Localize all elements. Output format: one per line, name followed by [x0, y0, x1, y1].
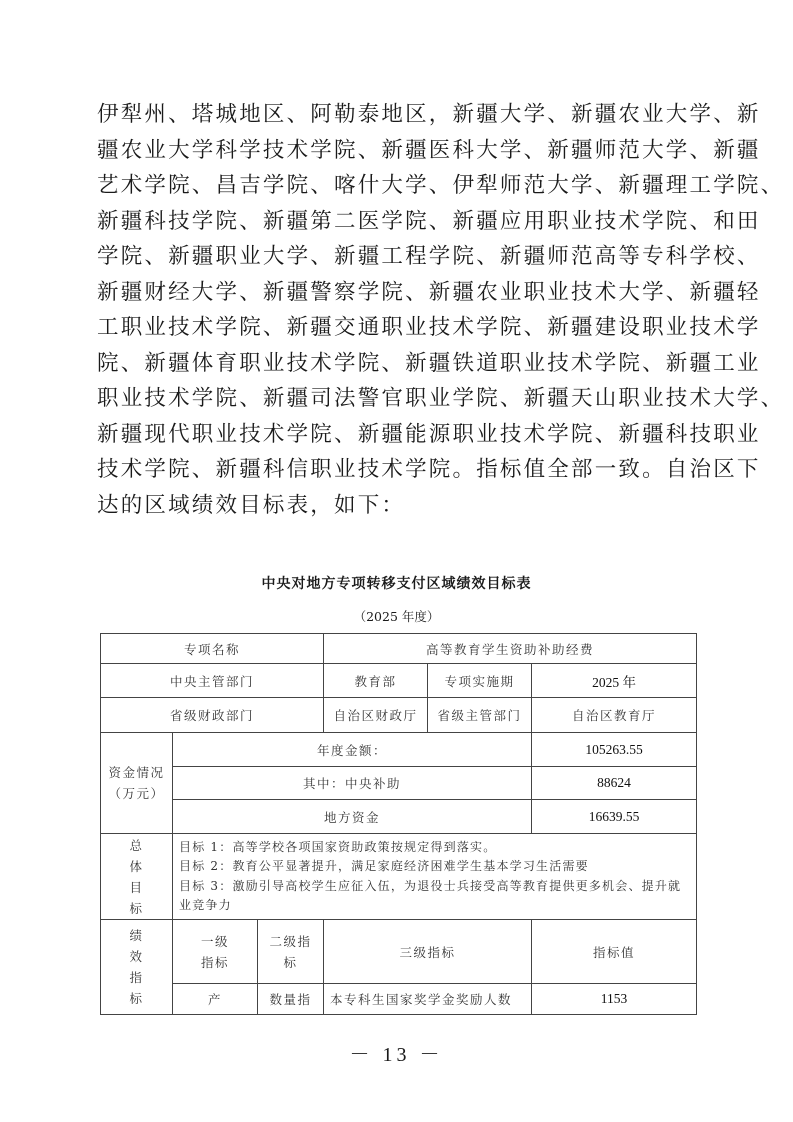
prov-dept-value: 自治区教育厅 [532, 698, 697, 733]
paragraph-line: 疆农业大学科学技术学院、新疆医科大学、新疆师范大学、新疆 [97, 133, 700, 169]
goal-item: 目标 1：高等学校各项国家资助政策按规定得到落实。 [179, 838, 690, 858]
header-text: 一级 [173, 931, 257, 952]
paragraph-line: 院、新疆体育职业技术学院、新疆铁道职业技术学院、新疆工业 [97, 346, 700, 382]
indicators-label: 绩 效 指 标 [101, 920, 173, 1015]
paragraph-line: 职业技术学院、新疆司法警官职业学院、新疆天山职业技术大学、 [97, 381, 700, 417]
header-text: 标 [258, 952, 323, 973]
period-label: 专项实施期 [428, 664, 532, 698]
paragraph-line: 伊犁州、塔城地区、阿勒泰地区，新疆大学、新疆农业大学、新 [97, 97, 700, 133]
indicators-label-char: 指 [101, 967, 172, 988]
funding-row-value: 16639.55 [532, 800, 697, 834]
paragraph-line: 工职业技术学院、新疆交通职业技术学院、新疆建设职业技术学 [97, 310, 700, 346]
goals-label: 总 体 目 标 [101, 834, 173, 920]
project-name-label: 专项名称 [101, 634, 324, 664]
paragraph-line: 艺术学院、昌吉学院、喀什大学、伊犁师范大学、新疆理工学院、 [97, 168, 700, 204]
period-value: 2025 年 [532, 664, 697, 698]
table-row: 绩 效 指 标 一级 指标 二级指 标 三级指标 指标值 [101, 920, 697, 984]
header-level1: 一级 指标 [173, 920, 258, 984]
funding-row-value: 88624 [532, 767, 697, 800]
table-row: 总 体 目 标 目标 1：高等学校各项国家资助政策按规定得到落实。 目标 2：教… [101, 834, 697, 920]
funding-row-label: 年度金额： [173, 733, 532, 767]
table-row: 省级财政部门 自治区财政厅 省级主管部门 自治区教育厅 [101, 698, 697, 733]
indicator-level3: 本专科生国家奖学金奖励人数 [324, 984, 532, 1015]
funding-row-value: 105263.55 [532, 733, 697, 767]
indicators-label-char: 效 [101, 946, 172, 967]
indicators-label-char: 标 [101, 988, 172, 1009]
prov-dept-label: 省级主管部门 [428, 698, 532, 733]
funding-label: 资金情况 （万元） [101, 733, 173, 834]
funding-row-label: 地方资金 [173, 800, 532, 834]
indicators-label-char: 绩 [101, 925, 172, 946]
indicator-level2: 数量指 [258, 984, 324, 1015]
funding-row-label: 其中：中央补助 [173, 767, 532, 800]
header-level3: 三级指标 [324, 920, 532, 984]
table-row: 中央主管部门 教育部 专项实施期 2025 年 [101, 664, 697, 698]
funding-label-line: 资金情况 [101, 762, 172, 783]
paragraph-line: 达的区域绩效目标表，如下： [97, 488, 700, 524]
project-name-value: 高等教育学生资助补助经费 [324, 634, 697, 664]
table-row: 专项名称 高等教育学生资助补助经费 [101, 634, 697, 664]
header-value: 指标值 [532, 920, 697, 984]
indicator-level1: 产 [173, 984, 258, 1015]
indicator-value: 1153 [532, 984, 697, 1015]
central-dept-label: 中央主管部门 [101, 664, 324, 698]
table-row: 资金情况 （万元） 年度金额： 105263.55 [101, 733, 697, 767]
goals-label-char: 总 [101, 835, 172, 856]
table-row: 其中：中央补助 88624 [101, 767, 697, 800]
goals-content: 目标 1：高等学校各项国家资助政策按规定得到落实。 目标 2：教育公平显著提升，… [173, 834, 697, 920]
body-paragraph: 伊犁州、塔城地区、阿勒泰地区，新疆大学、新疆农业大学、新 疆农业大学科学技术学院… [97, 97, 700, 523]
goal-item: 目标 3：激励引导高校学生应征入伍，为退役士兵接受高等教育提供更多机会、提升就业… [179, 877, 690, 916]
prov-finance-label: 省级财政部门 [101, 698, 324, 733]
goals-label-char: 体 [101, 856, 172, 877]
table-row: 地方资金 16639.55 [101, 800, 697, 834]
paragraph-line: 新疆财经大学、新疆警察学院、新疆农业职业技术大学、新疆轻 [97, 275, 700, 311]
goal-item: 目标 2：教育公平显著提升，满足家庭经济困难学生基本学习生活需要 [179, 857, 690, 877]
prov-finance-value: 自治区财政厅 [324, 698, 428, 733]
goals-label-char: 标 [101, 898, 172, 919]
table-title: 中央对地方专项转移支付区域绩效目标表 [0, 573, 793, 593]
page-number: － 13 － [0, 1038, 793, 1067]
table-year: （2025 年度） [0, 607, 793, 625]
central-dept-value: 教育部 [324, 664, 428, 698]
goals-label-char: 目 [101, 877, 172, 898]
paragraph-line: 学院、新疆职业大学、新疆工程学院、新疆师范高等专科学校、 [97, 239, 700, 275]
paragraph-line: 技术学院、新疆科信职业技术学院。指标值全部一致。自治区下 [97, 452, 700, 488]
funding-label-line: （万元） [101, 783, 172, 804]
paragraph-line: 新疆现代职业技术学院、新疆能源职业技术学院、新疆科技职业 [97, 417, 700, 453]
paragraph-line: 新疆科技学院、新疆第二医学院、新疆应用职业技术学院、和田 [97, 204, 700, 240]
header-text: 二级指 [258, 931, 323, 952]
table-row: 产 数量指 本专科生国家奖学金奖励人数 1153 [101, 984, 697, 1015]
header-level2: 二级指 标 [258, 920, 324, 984]
performance-goal-table: 专项名称 高等教育学生资助补助经费 中央主管部门 教育部 专项实施期 2025 … [100, 633, 697, 1015]
header-text: 指标 [173, 952, 257, 973]
